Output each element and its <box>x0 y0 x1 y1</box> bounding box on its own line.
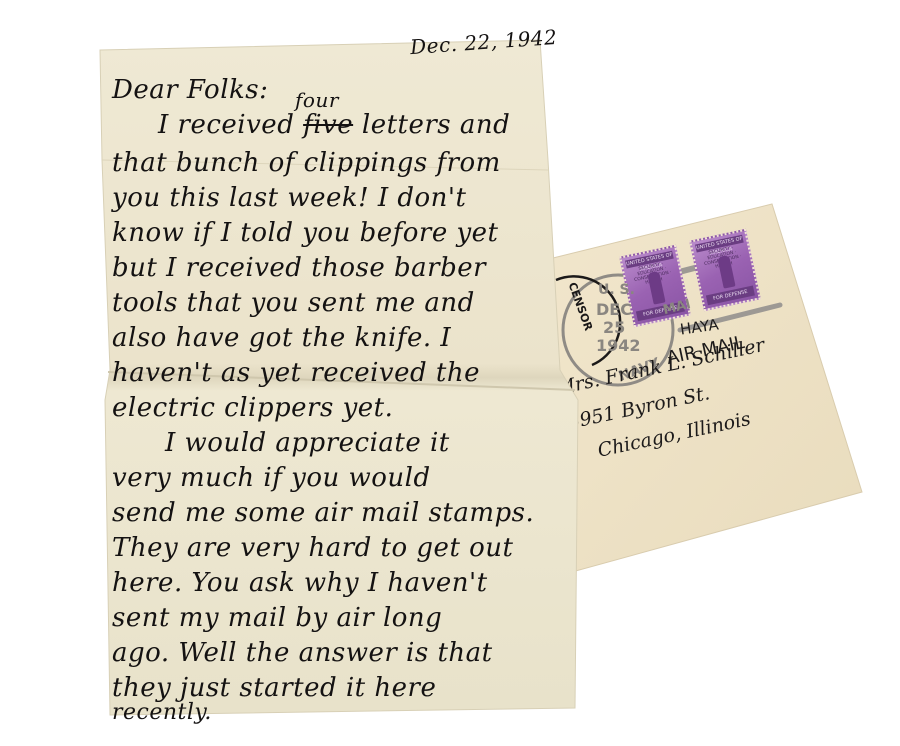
letter-line-7: also have got the knife. I <box>112 323 451 353</box>
letter-line-5: but I received those barber <box>112 253 486 283</box>
letter-line-4: know if I told you before yet <box>112 218 499 248</box>
letter-line-2: that bunch of clippings from <box>112 148 501 178</box>
letter-line-14: here. You ask why I haven't <box>112 568 488 598</box>
salutation: Dear Folks: <box>112 75 268 105</box>
letter: Dec. 22, 1942 Dear Folks: I received fiv… <box>0 0 900 746</box>
letter-line-13: They are very hard to get out <box>112 533 514 563</box>
inserted-word: four <box>295 88 339 112</box>
letter-line-17: they just started it here <box>112 673 436 703</box>
letter-line-3: you this last week! I don't <box>112 183 467 213</box>
photo-scene: UNITED STATES OF AMERICA SECURITY · EDUC… <box>0 0 900 746</box>
letter-line-6: tools that you sent me and <box>112 288 475 318</box>
letter-line-18: recently. <box>112 700 212 725</box>
letter-line-12: send me some air mail stamps. <box>112 498 534 528</box>
letter-line-11: very much if you would <box>112 463 431 493</box>
letter-line-9: electric clippers yet. <box>112 393 393 423</box>
line1-prefix: I received <box>158 110 294 140</box>
letter-line-1: I received five letters and <box>158 110 510 140</box>
letter-line-15: sent my mail by air long <box>112 603 442 633</box>
letter-line-16: ago. Well the answer is that <box>112 638 493 668</box>
letter-line-10: I would appreciate it <box>165 428 450 458</box>
letter-line-8: haven't as yet received the <box>112 358 480 388</box>
struck-word: five <box>303 110 353 140</box>
line1-suffix: letters and <box>362 110 510 140</box>
